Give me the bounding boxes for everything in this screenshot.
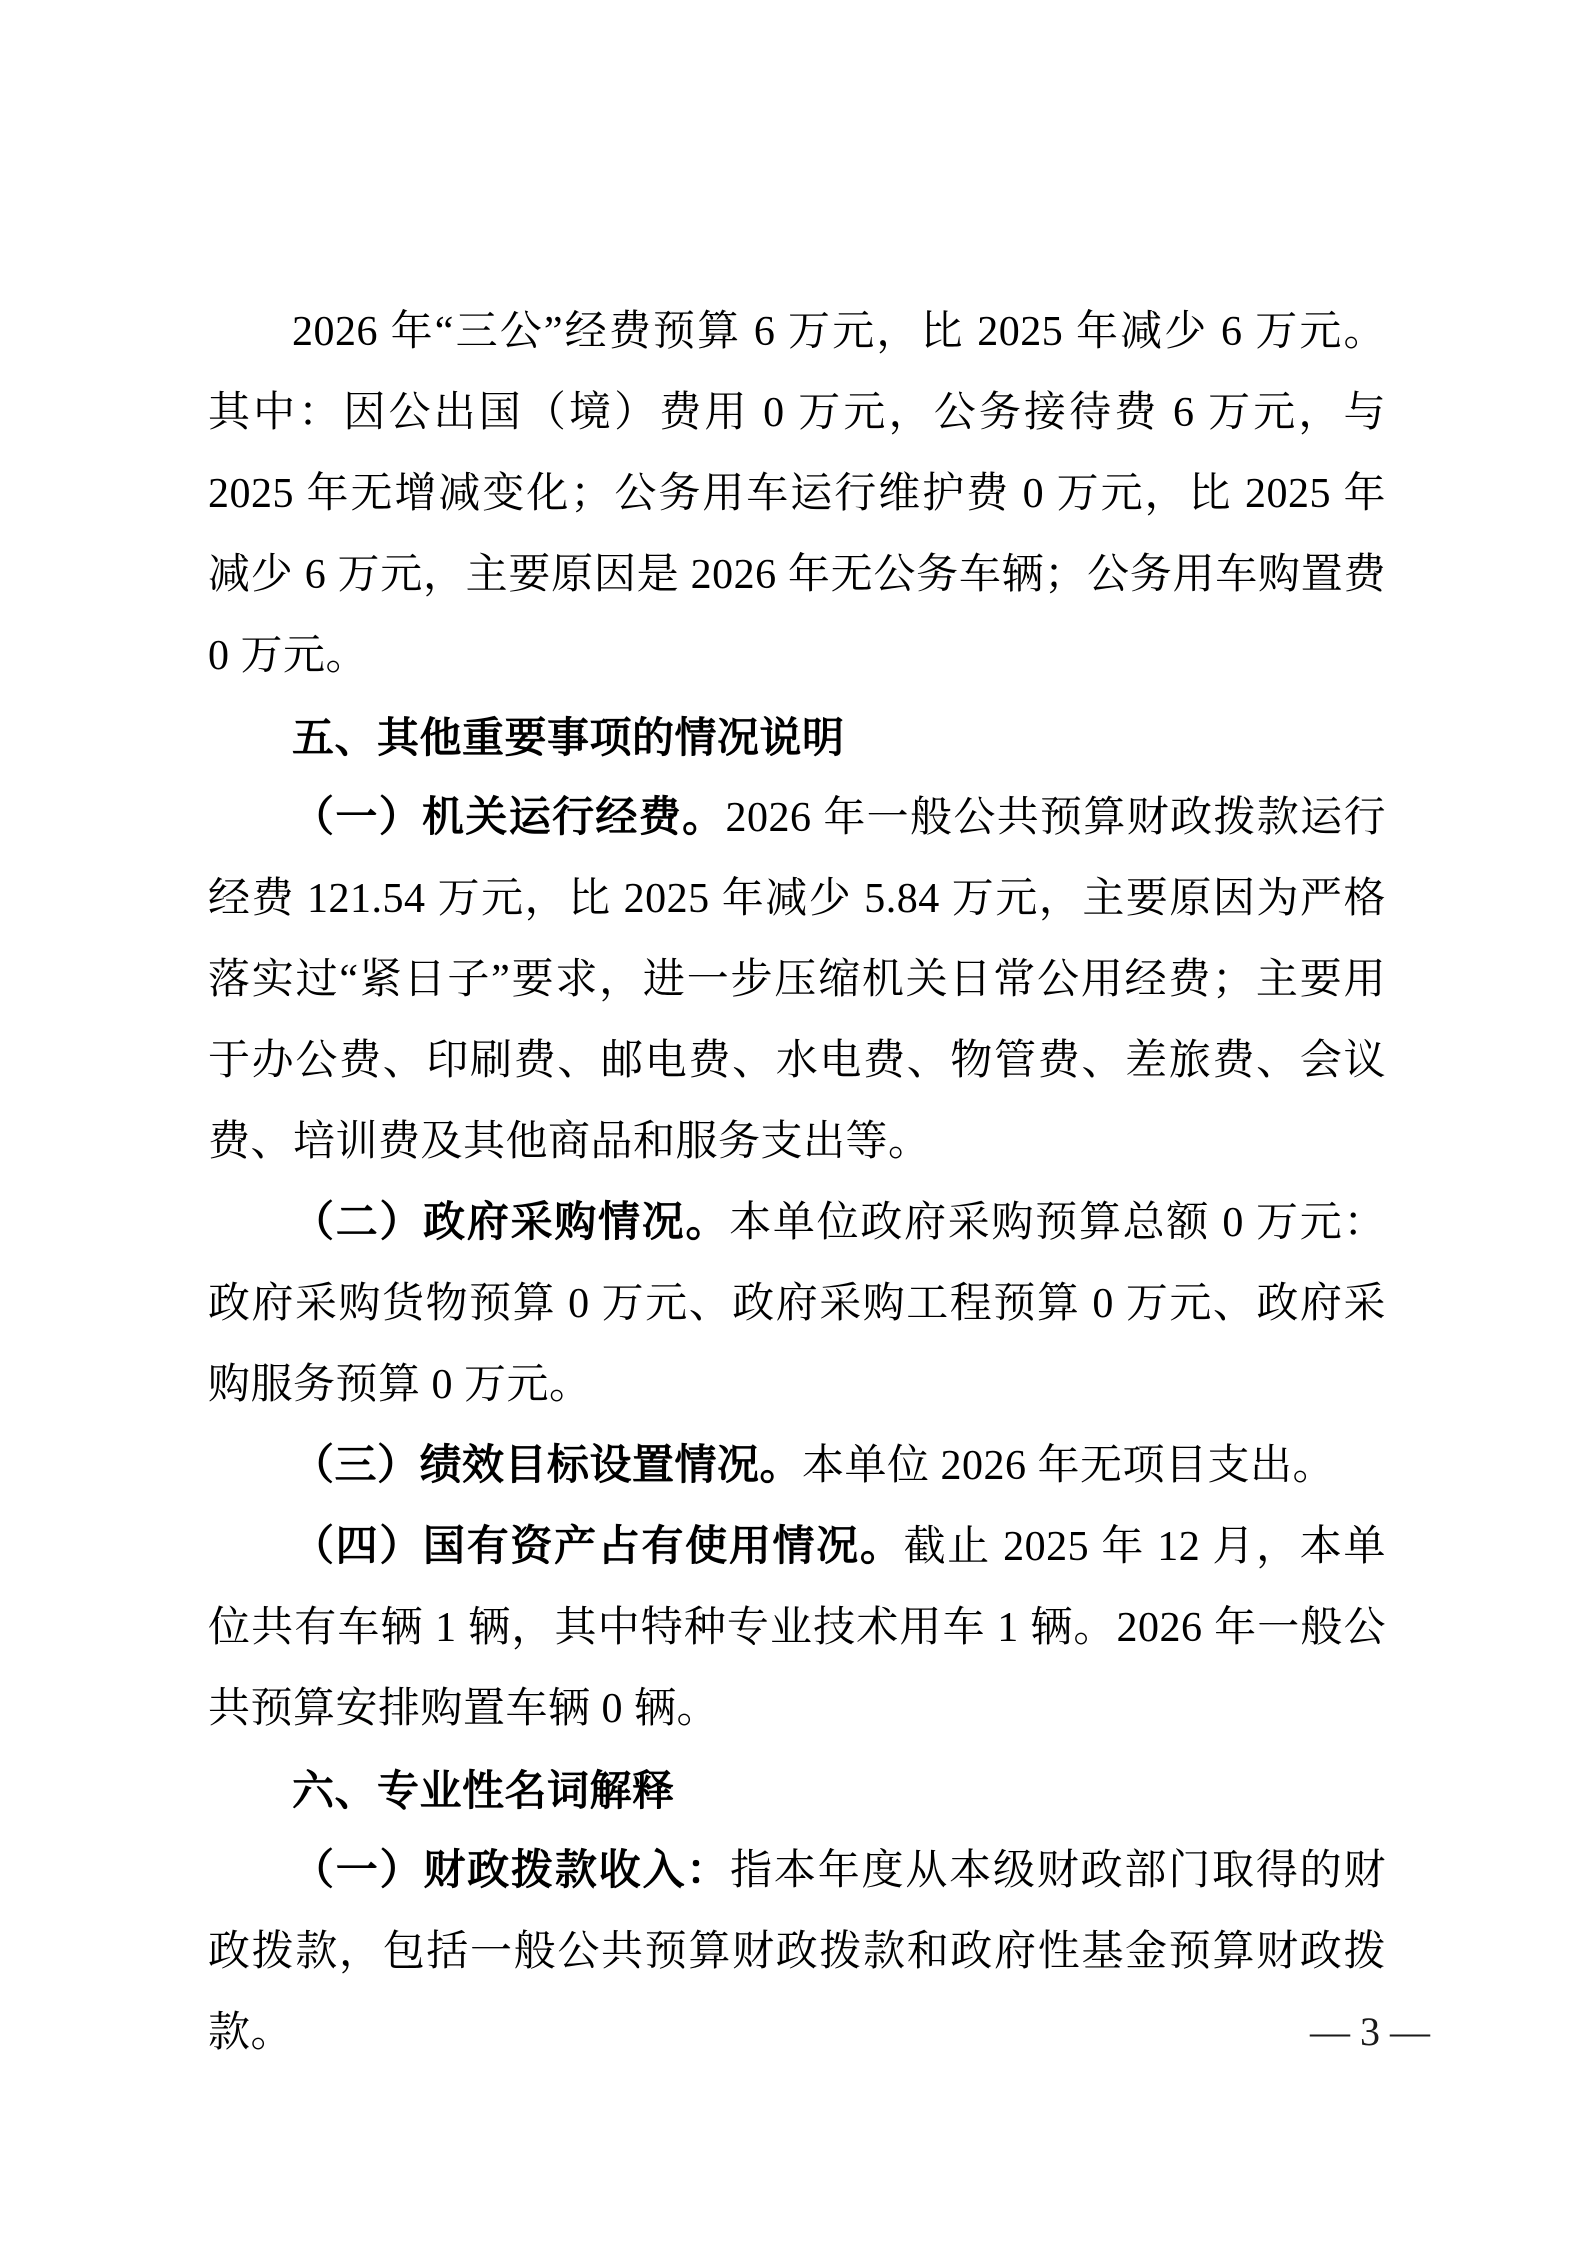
paragraph: 2026 年“三公”经费预算 6 万元，比 2025 年减少 6 万元。其中：因… xyxy=(208,292,1386,697)
paragraph-lead: （一）财政拨款收入： xyxy=(292,1848,730,1894)
section-heading: 五、其他重要事项的情况说明 xyxy=(208,697,1386,778)
paragraph: （一）机关运行经费。2026 年一般公共预算财政拨款运行经费 121.54 万元… xyxy=(208,778,1386,1183)
document-body: 2026 年“三公”经费预算 6 万元，比 2025 年减少 6 万元。其中：因… xyxy=(208,292,1386,2074)
page-number: — 3 — xyxy=(1310,2010,1430,2054)
paragraph: （三）绩效目标设置情况。本单位 2026 年无项目支出。 xyxy=(208,1426,1386,1507)
paragraph-lead: （一）机关运行经费。 xyxy=(292,795,725,841)
paragraph-lead: （二）政府采购情况。 xyxy=(292,1200,729,1246)
document-page: 2026 年“三公”经费预算 6 万元，比 2025 年减少 6 万元。其中：因… xyxy=(0,0,1587,2245)
paragraph: （一）财政拨款收入：指本年度从本级财政部门取得的财政拨款，包括一般公共预算财政拨… xyxy=(208,1831,1386,2074)
paragraph: （二）政府采购情况。本单位政府采购预算总额 0 万元：政府采购货物预算 0 万元… xyxy=(208,1183,1386,1426)
section-heading: 六、专业性名词解释 xyxy=(208,1750,1386,1831)
paragraph: （四）国有资产占有使用情况。截止 2025 年 12 月，本单位共有车辆 1 辆… xyxy=(208,1507,1386,1750)
paragraph-lead: （三）绩效目标设置情况。 xyxy=(292,1443,802,1489)
paragraph-lead: （四）国有资产占有使用情况。 xyxy=(292,1524,904,1570)
